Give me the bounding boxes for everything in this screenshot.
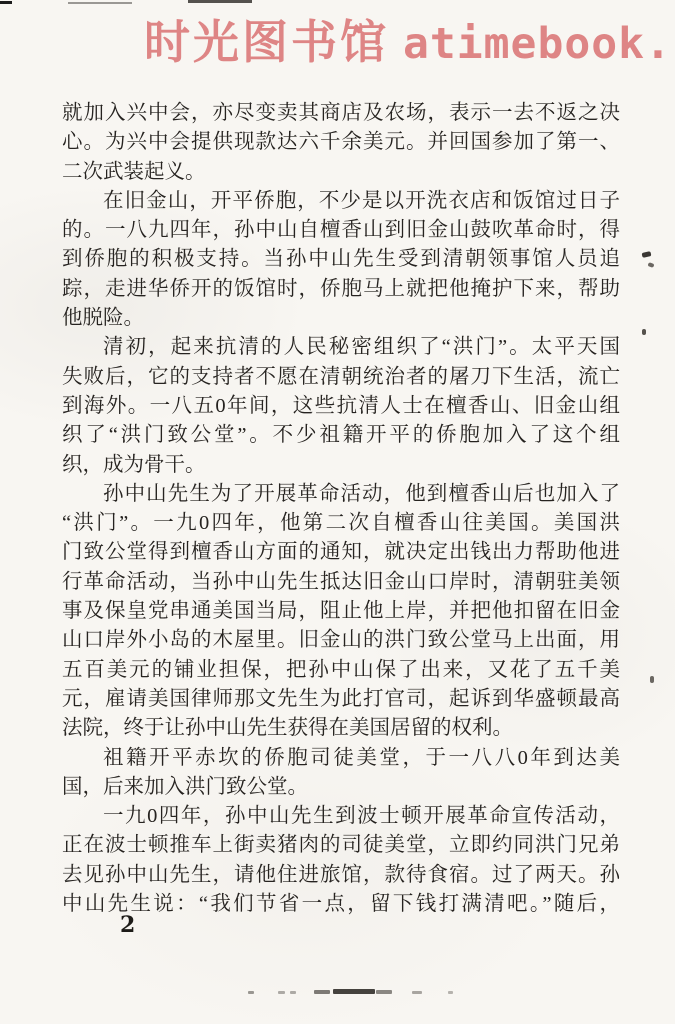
text-line: 法院，终于让孙中山先生获得在美国居留的权利。 [62, 714, 620, 743]
scan-artifact-bottom-noise [278, 991, 285, 994]
scan-artifact-bottom-noise [333, 989, 375, 994]
text-line: 到海外。一八五0年间，这些抗清人士在檀香山、旧金山组 [62, 392, 620, 421]
text-line: 踪，走进华侨开的饭馆时，侨胞马上就把他掩护下来，帮助 [62, 275, 620, 304]
text-line: 国，后来加入洪门致公堂。 [62, 773, 620, 802]
text-line: 门致公堂得到檀香山方面的通知，就决定出钱出力帮助他进 [62, 538, 620, 567]
text-line: 织，成为骨干。 [62, 451, 620, 480]
text-line: 行革命活动，当孙中山先生抵达旧金山口岸时，清朝驻美领 [62, 568, 620, 597]
watermark: 时光图书馆atimebook.com [144, 6, 675, 72]
text-line: 去见孙中山先生，请他住进旅馆，款待食宿。过了两天。孙 [62, 861, 620, 890]
scan-artifact-ink-mark-1 [642, 251, 652, 258]
text-line: 祖籍开平赤坎的侨胞司徒美堂，于一八八0年到达美 [62, 744, 620, 773]
text-line: 事及保皇党串通美国当局，阻止他上岸，并把他扣留在旧金 [62, 597, 620, 626]
text-line: 元，雇请美国律师那文先生为此打官司，起诉到华盛顿最高 [62, 685, 620, 714]
text-line: 一九0四年，孙中山先生到波士顿开展革命宣传活动， [62, 802, 620, 831]
text-line: “洪门”。一九0四年，他第二次自檀香山往美国。美国洪 [62, 509, 620, 538]
scan-artifact-ink-mark-4 [650, 676, 654, 683]
scan-artifact-top-line-2 [188, 0, 252, 3]
scan-artifact-top-dash [0, 1, 12, 4]
scanned-book-page: 时光图书馆atimebook.com 就加入兴中会，亦尽变卖其商店及农场，表示一… [0, 0, 675, 1024]
text-line: 清初，起来抗清的人民秘密组织了“洪门”。太平天国 [62, 333, 620, 362]
text-line: 五百美元的铺业担保，把孙中山保了出来，又花了五千美 [62, 656, 620, 685]
text-line: 山口岸外小岛的木屋里。旧金山的洪门致公堂马上出面，用 [62, 626, 620, 655]
watermark-chinese: 时光图书馆 [144, 15, 389, 69]
text-line: 心。为兴中会提供现款达六千余美元。并回国参加了第一、 [62, 128, 620, 157]
text-line: 就加入兴中会，亦尽变卖其商店及农场，表示一去不返之决 [62, 99, 620, 128]
scan-artifact-bottom-noise [314, 990, 330, 994]
text-line: 的。一八九四年，孙中山自檀香山到旧金山鼓吹革命时，得 [62, 216, 620, 245]
text-line: 在旧金山，开平侨胞，不少是以开洗衣店和饭馆过日子 [62, 187, 620, 216]
scan-artifact-bottom-noise [248, 991, 254, 994]
scan-artifact-bottom-noise [290, 991, 296, 994]
text-line: 他脱险。 [62, 304, 620, 333]
scan-artifact-bottom-noise [376, 990, 392, 994]
scan-artifact-top-line-1 [68, 2, 132, 4]
scan-artifact-ink-mark-2 [647, 262, 654, 268]
scan-artifact-bottom-noise [448, 991, 453, 994]
body-text: 就加入兴中会，亦尽变卖其商店及农场，表示一去不返之决心。为兴中会提供现款达六千余… [62, 99, 620, 919]
text-line: 到侨胞的积极支持。当孙中山先生受到清朝领事馆人员追 [62, 245, 620, 274]
text-line: 失败后，它的支持者不愿在清朝统治者的屠刀下生活，流亡 [62, 363, 620, 392]
text-line: 正在波士顿推车上街卖猪肉的司徒美堂，立即约同洪门兄弟 [62, 831, 620, 860]
scan-artifact-ink-mark-3 [642, 329, 646, 335]
watermark-url: atimebook.com [403, 19, 675, 69]
page-number: 2 [120, 912, 135, 938]
text-line: 中山先生说：“我们节省一点，留下钱打满清吧。”随后， [62, 890, 620, 919]
text-line: 织了“洪门致公堂”。不少祖籍开平的侨胞加入了这个组 [62, 421, 620, 450]
scan-artifact-bottom-noise [412, 991, 422, 994]
text-line: 孙中山先生为了开展革命活动，他到檀香山后也加入了 [62, 480, 620, 509]
text-line: 二次武装起义。 [62, 158, 620, 187]
